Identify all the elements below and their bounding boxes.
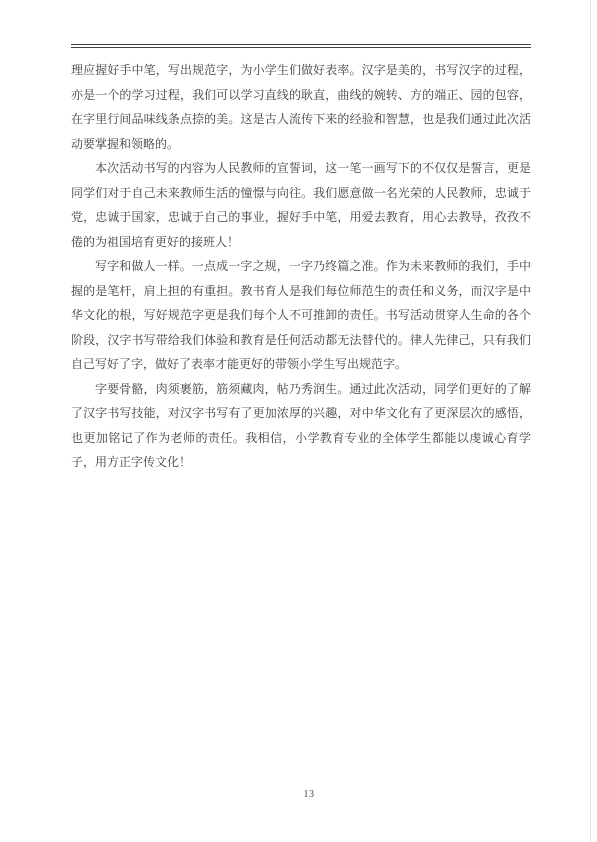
document-page: 理应握好手中笔，写出规范字，为小学生们做好表率。汉字是美的，书写汉字的过程，亦是… <box>0 0 597 842</box>
paragraph: 理应握好手中笔，写出规范字，为小学生们做好表率。汉字是美的，书写汉字的过程，亦是… <box>71 58 531 156</box>
document-body: 理应握好手中笔，写出规范字，为小学生们做好表率。汉字是美的，书写汉字的过程，亦是… <box>71 58 531 475</box>
paragraph: 字要骨骼，肉须裹筋，筋须藏肉，帖乃秀润生。通过此次活动，同学们更好的了解了汉字书… <box>71 377 531 475</box>
page-edge-line <box>590 0 591 842</box>
paragraph: 写字和做人一样。一点成一字之规，一字乃终篇之准。作为未来教师的我们，手中握的是笔… <box>71 254 531 377</box>
page-number: 13 <box>71 789 531 801</box>
paragraph: 本次活动书写的内容为人民教师的宣誓词，这一笔一画写下的不仅仅是誓言，更是同学们对… <box>71 156 531 254</box>
header-divider <box>71 44 531 48</box>
